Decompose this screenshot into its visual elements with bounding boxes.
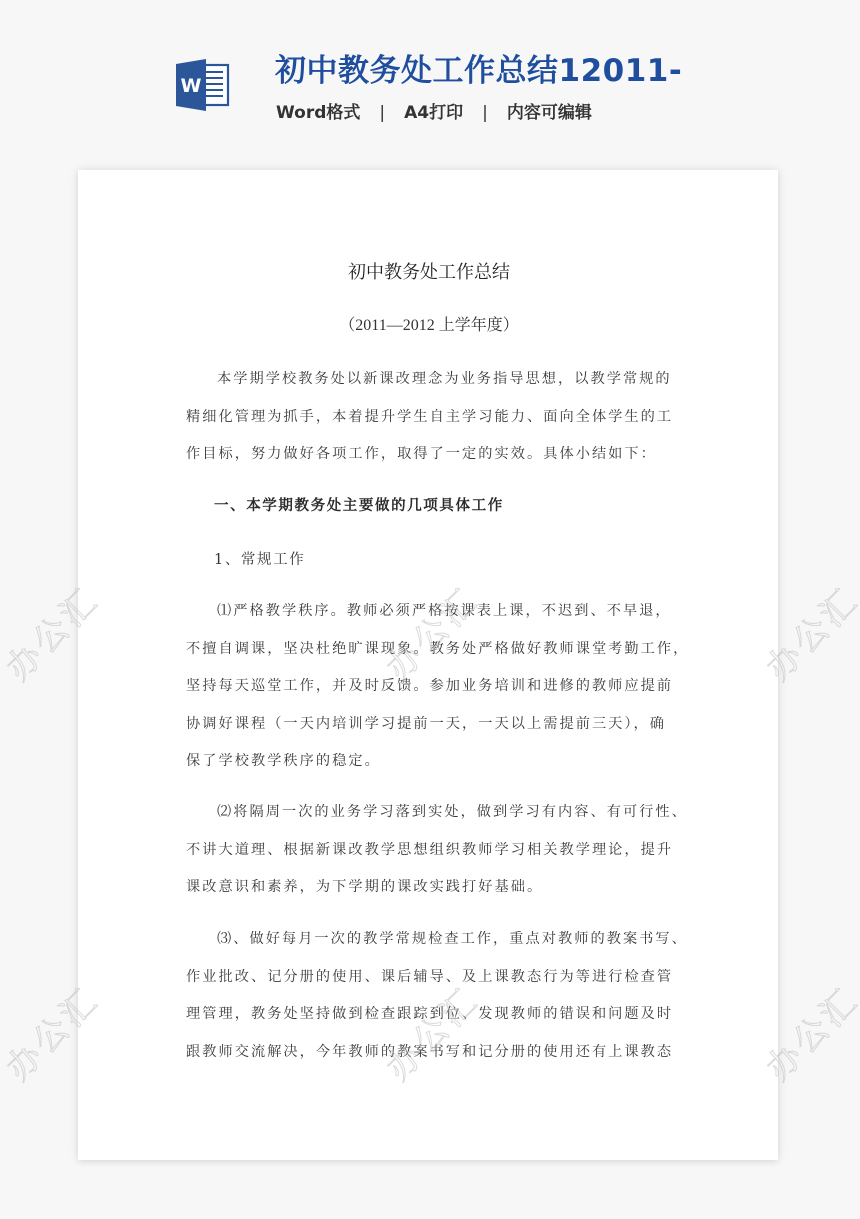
paragraph-line: 课改意识和素养，为下学期的课改实践打好基础。 — [186, 869, 672, 907]
paragraph-line: 协调好课程（一天内培训学习提前一天，一天以上需提前三天），确 — [186, 706, 672, 744]
paragraph-line: ⑶、做好每月一次的教学常规检查工作，重点对教师的教案书写、 — [186, 921, 672, 959]
tag-editable: 内容可编辑 — [507, 100, 592, 126]
paragraph-line: 本学期学校教务处以新课改理念为业务指导思想，以教学常规的 — [186, 361, 672, 399]
paragraph-line: ⑴严格教学秩序。教师必须严格按课表上课，不迟到、不早退， — [186, 593, 672, 631]
doc-subtitle: （2011—2012 上学年度） — [186, 313, 672, 339]
document-page: 初中教务处工作总结 （2011—2012 上学年度） 本学期学校教务处以新课改理… — [78, 170, 778, 1160]
paragraph-line: 不讲大道理、根据新课改教学思想组织教师学习相关教学理论，提升 — [186, 832, 672, 870]
item2-paragraph: ⑵将隔周一次的业务学习落到实处，做到学习有内容、有可行性、 不讲大道理、根据新课… — [186, 794, 672, 907]
svg-text:W: W — [181, 75, 202, 97]
doc-title: 初中教务处工作总结 — [186, 259, 672, 287]
intro-paragraph: 本学期学校教务处以新课改理念为业务指导思想，以教学常规的 精细化管理为抓手，本着… — [186, 361, 672, 474]
item3-paragraph: ⑶、做好每月一次的教学常规检查工作，重点对教师的教案书写、 作业批改、记分册的使… — [186, 921, 672, 1071]
subsection-heading: 1、常规工作 — [214, 546, 305, 574]
item1-paragraph: ⑴严格教学秩序。教师必须严格按课表上课，不迟到、不早退， 不擅自调课，坚决杜绝旷… — [186, 593, 672, 781]
paragraph-line: ⑵将隔周一次的业务学习落到实处，做到学习有内容、有可行性、 — [186, 794, 672, 832]
paragraph-line: 作业批改、记分册的使用、课后辅导、及上课教态行为等进行检查管 — [186, 959, 672, 997]
paragraph-line: 作目标，努力做好各项工作，取得了一定的实效。具体小结如下： — [186, 436, 672, 474]
paragraph-line: 理管理，教务处坚持做到检查跟踪到位、发现教师的错误和问题及时 — [186, 996, 672, 1034]
paragraph-line: 精细化管理为抓手，本着提升学生自主学习能力、面向全体学生的工 — [186, 399, 672, 437]
document-title-heading: 初中教务处工作总结12011- — [275, 50, 682, 92]
paragraph-line: 不擅自调课，坚决杜绝旷课现象。教务处严格做好教师课堂考勤工作， — [186, 631, 672, 669]
word-document-icon: W — [174, 59, 230, 111]
tag-a4-print: A4打印 — [404, 100, 463, 126]
header: W 初中教务处工作总结12011- Word格式 | A4打印 | 内容可编辑 — [0, 0, 860, 160]
section-heading: 一、本学期教务处主要做的几项具体工作 — [214, 492, 504, 520]
paragraph-line: 跟教师交流解决，今年教师的教案书写和记分册的使用还有上课教态 — [186, 1034, 672, 1072]
tag-word-format: Word格式 — [276, 100, 360, 126]
tag-separator: | — [379, 100, 385, 126]
paragraph-line: 坚持每天巡堂工作，并及时反馈。参加业务培训和进修的教师应提前 — [186, 668, 672, 706]
paragraph-line: 保了学校教学秩序的稳定。 — [186, 743, 672, 781]
format-tags: Word格式 | A4打印 | 内容可编辑 — [276, 100, 592, 126]
document-preview-page: W 初中教务处工作总结12011- Word格式 | A4打印 | 内容可编辑 … — [0, 0, 860, 1219]
tag-separator: | — [482, 100, 488, 126]
